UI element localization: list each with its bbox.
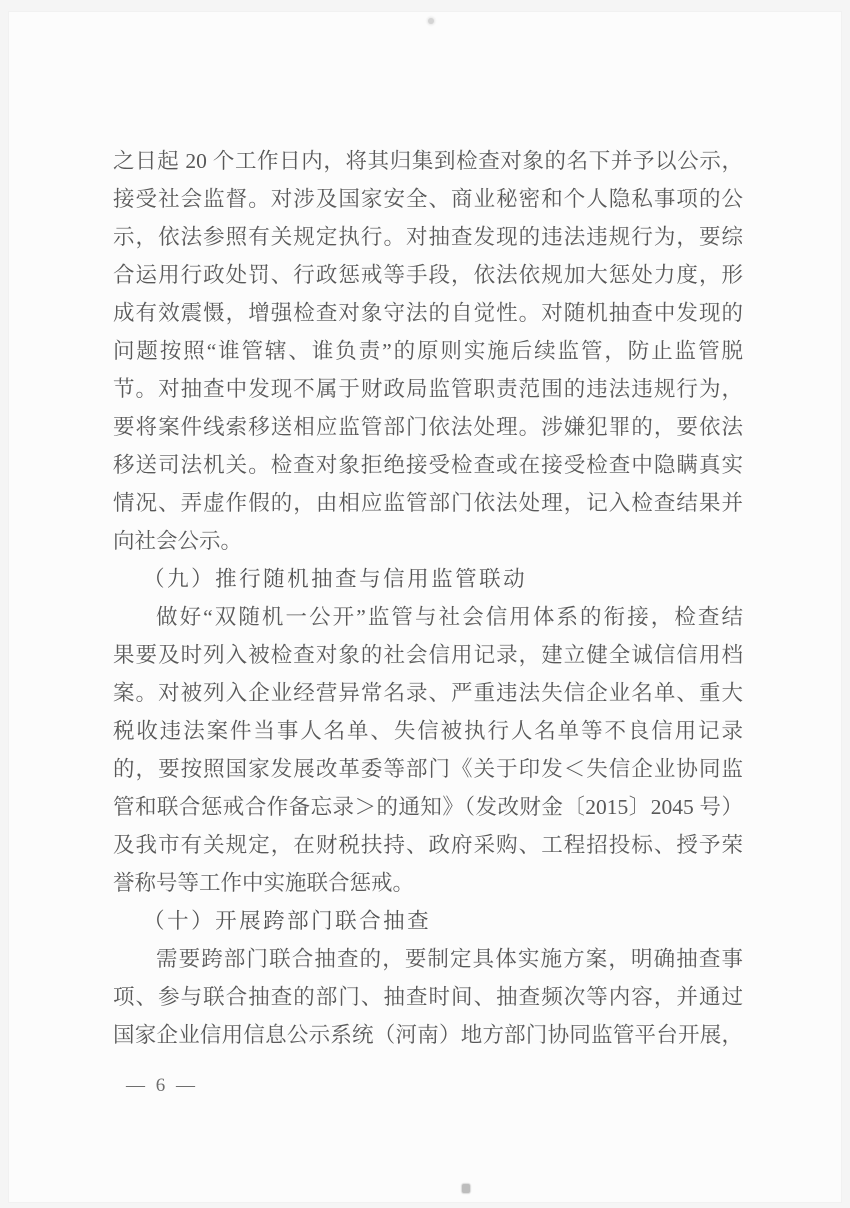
text-line: 及我市有关规定，在财税扶持、政府采购、工程招投标、授予荣 xyxy=(113,826,743,864)
text-line: 情况、弄虚作假的，由相应监管部门依法处理，记入检查结果并 xyxy=(113,484,743,522)
text-line: 案。对被列入企业经营异常名录、严重违法失信企业名单、重大 xyxy=(113,674,743,712)
text-line: 做好“双随机一公开”监管与社会信用体系的衔接，检查结 xyxy=(113,598,743,636)
text-line: 项、参与联合抽查的部门、抽查时间、抽查频次等内容，并通过 xyxy=(113,978,743,1016)
text-line: 之日起 20 个工作日内，将其归集到检查对象的名下并予以公示， xyxy=(113,142,743,180)
section-heading: （九）推行随机抽查与信用监管联动 xyxy=(113,560,743,598)
text-line: 节。对抽查中发现不属于财政局监管职责范围的违法违规行为， xyxy=(113,370,743,408)
text-line: 税收违法案件当事人名单、失信被执行人名单等不良信用记录 xyxy=(113,712,743,750)
text-line: 果要及时列入被检查对象的社会信用记录，建立健全诚信信用档 xyxy=(113,636,743,674)
text-line: 移送司法机关。检查对象拒绝接受检查或在接受检查中隐瞒真实 xyxy=(113,446,743,484)
text-line: 管和联合惩戒合作备忘录＞的通知》（发改财金〔2015〕2045 号） xyxy=(113,788,743,826)
scanned-page: 之日起 20 个工作日内，将其归集到检查对象的名下并予以公示，接受社会监督。对涉… xyxy=(0,0,850,1208)
text-line: 誉称号等工作中实施联合惩戒。 xyxy=(113,864,743,902)
scan-speck-bottom xyxy=(462,1184,470,1193)
text-line: 国家企业信用信息公示系统（河南）地方部门协同监管平台开展， xyxy=(113,1016,743,1054)
text-line: 接受社会监督。对涉及国家安全、商业秘密和个人隐私事项的公 xyxy=(113,180,743,218)
text-line: 向社会公示。 xyxy=(113,522,743,560)
text-line: 要将案件线索移送相应监管部门依法处理。涉嫌犯罪的，要依法 xyxy=(113,408,743,446)
text-line: 的，要按照国家发展改革委等部门《关于印发＜失信企业协同监 xyxy=(113,750,743,788)
scan-speck-top xyxy=(428,18,434,24)
text-line: 问题按照“谁管辖、谁负责”的原则实施后续监管，防止监管脱 xyxy=(113,332,743,370)
page-number: — 6 — xyxy=(126,1072,198,1100)
text-line: 示，依法参照有关规定执行。对抽查发现的违法违规行为，要综 xyxy=(113,218,743,256)
text-line: 需要跨部门联合抽查的，要制定具体实施方案，明确抽查事 xyxy=(113,940,743,978)
document-body: 之日起 20 个工作日内，将其归集到检查对象的名下并予以公示，接受社会监督。对涉… xyxy=(113,142,743,1054)
text-line: 合运用行政处罚、行政惩戒等手段，依法依规加大惩处力度，形 xyxy=(113,256,743,294)
section-heading: （十）开展跨部门联合抽查 xyxy=(113,902,743,940)
text-line: 成有效震慑，增强检查对象守法的自觉性。对随机抽查中发现的 xyxy=(113,294,743,332)
